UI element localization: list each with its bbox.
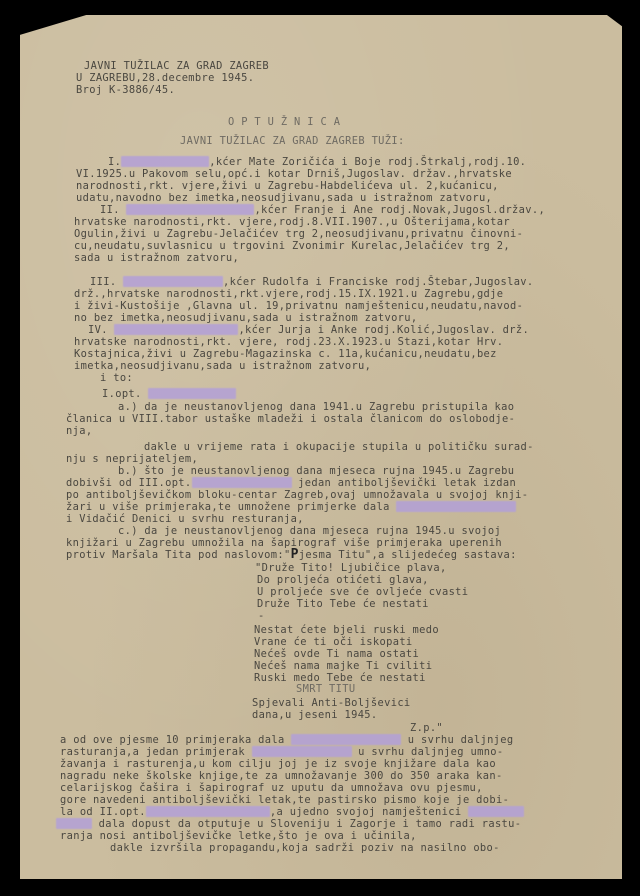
- redacted-name: [126, 204, 254, 215]
- accused-3-line: no bez imetka,neosudjivanu,sada u istraž…: [74, 312, 418, 325]
- accused-4-line: Kostajnica,živi u Zagrebu-Magazinska c. …: [74, 348, 497, 361]
- redacted-name: [123, 276, 223, 287]
- redacted-name: [252, 746, 352, 757]
- poem-line: Nećeš ovde Ti nama ostati: [254, 648, 419, 661]
- poem-line: Vrane će ti oči iskopati: [254, 636, 413, 649]
- accused-3-first-line: III. ,kćer Rudolfa i Franciske rodj.Šteb…: [90, 276, 534, 289]
- first-accused-label: I.opt.: [102, 388, 236, 401]
- accused-2-line: Ogulin,živi u Zagrebu-Jelačićev trg 2,ne…: [74, 228, 523, 241]
- redacted-name: [192, 477, 292, 488]
- poem-line: Nećeš nama majke Ti cviliti: [254, 660, 432, 673]
- redacted-name: [114, 324, 238, 335]
- continuation-line: celarijskog čašira i šapirograf uz uputu…: [60, 782, 483, 795]
- charge-a-line: nja,: [66, 425, 92, 438]
- charge-a-line: a.) da je neustanovljenog dana 1941.u Za…: [118, 401, 514, 414]
- charge-c-line: protiv Maršala Tita pod naslovom:"Pjesma…: [66, 549, 517, 562]
- charge-b-line: b.) što je neustanovljenog dana mjeseca …: [118, 465, 514, 478]
- accused-2-line: cu,neudatu,suvlasnicu u trgovini Zvonimi…: [74, 240, 510, 253]
- continuation-line: žavanja i rasturenja,u kom cilju joj je …: [60, 758, 496, 771]
- accused-1-first-line: I.,kćer Mate Zoričića i Boje rodj.Štrkal…: [108, 156, 526, 169]
- accused-4-first-line: IV. ,kćer Jurja i Anke rodj.Kolić,Jugosl…: [88, 324, 529, 337]
- redacted-name: [291, 734, 401, 745]
- accused-1-line: udatu,navodno bez imetka,neosudjivanu,sa…: [76, 192, 492, 205]
- accused-2-line: hrvatske narodnosti,rkt. vjere,rodj.8.VI…: [74, 216, 510, 229]
- accused-1-numeral: I.: [108, 156, 121, 168]
- continuation-line: rasturanja,a jedan primjerak u svrhu dal…: [60, 746, 504, 759]
- accused-3-line: drž.,hrvatske narodnosti,rkt.vjere,rodj.…: [74, 288, 503, 301]
- accused-3-numeral: III.: [90, 276, 116, 288]
- poem-line: U proljeće sve će ovljeće cvasti: [257, 586, 468, 599]
- continuation-line: ranja nosi antiboljševičke letke,što je …: [60, 830, 417, 843]
- charge-a-conclusion: nju s neprijateljem,: [66, 453, 198, 466]
- poem-separator: -: [258, 610, 265, 623]
- redacted-name: [121, 156, 209, 167]
- poem-line: Nestat ćete bjeli ruski medo: [254, 624, 439, 637]
- accused-1-line: VI.1925.u Pakovom selu,opć.i kotar Drniš…: [76, 168, 512, 181]
- accused-1-line: narodnosti,rkt. vjere,živi u Zagrebu-Hab…: [76, 180, 499, 193]
- redacted-name: [56, 818, 92, 829]
- handwritten-mark: P: [291, 547, 299, 562]
- charge-b-line: žari u više primjeraka,te umnožene primj…: [66, 501, 516, 514]
- poem-dedication: SMRT TITU: [296, 683, 355, 696]
- redacted-name: [148, 388, 236, 399]
- place-date: U ZAGREBU,28.decembre 1945.: [76, 72, 254, 85]
- continuation-line: a od ove pjesme 10 primjeraka dala u svr…: [60, 734, 514, 747]
- continuation-line: dakle izvršila propagandu,koja sadrži po…: [110, 842, 500, 855]
- accused-2-first-line: II. ,kćer Franje i Ane rodj.Novak,Jugosl…: [100, 204, 545, 217]
- document-number: Broj K-3886/45.: [76, 84, 175, 97]
- accused-3-line: i živi-Kustošije ,Glavna ul. 19,privatnu…: [74, 300, 523, 313]
- charge-a-conclusion: dakle u vrijeme rata i okupacije stupila…: [144, 441, 534, 454]
- continuation-line: dala dopust da otputuje u Sloveniju i Za…: [56, 818, 521, 831]
- accused-4-line: hrvatske narodnosti,rkt. vjere, rodj.23.…: [74, 336, 503, 349]
- charge-c-line: knjižari u Zagrebu umnožila na šapirogra…: [66, 537, 502, 550]
- poem-signature: Spjevali Anti-Boljševici: [252, 697, 411, 710]
- poem-line: "Druže Tito! Ljubičice plava,: [255, 562, 447, 575]
- redacted-name: [396, 501, 516, 512]
- charge-b-line: i Vidačić Denici u svrhu resturanja,: [66, 513, 304, 526]
- office-header: JAVNI TUŽILAC ZA GRAD ZAGREB: [84, 60, 269, 73]
- continuation-line: la od II.opt.,a ujedno svojoj namješteni…: [60, 806, 524, 819]
- poem-signature: dana,u jeseni 1945.: [252, 709, 378, 722]
- poem-line: Do proljeća otićeti glava,: [257, 574, 429, 587]
- continuation-line: nagradu neke školske knjige,te za umnoža…: [60, 770, 503, 783]
- continuation-line: gore navedeni antiboljševički letak,te p…: [60, 794, 509, 807]
- poem-line: Druže Tito Tebe će nestati: [257, 598, 429, 611]
- poem-closing: Z.p.": [410, 722, 443, 735]
- charge-a-line: članica u VIII.tabor ustaške mladeži i o…: [66, 413, 515, 426]
- accused-2-numeral: II.: [100, 204, 120, 216]
- accused-2-line: sada u istražnom zatvoru,: [74, 252, 239, 265]
- redacted-name: [146, 806, 270, 817]
- document-title: O P T U Ž N I C A: [228, 116, 340, 129]
- accused-4-numeral: IV.: [88, 324, 108, 336]
- accused-4-line: imetka,neosudjivanu,sada u istražnom zat…: [74, 360, 371, 373]
- document-subtitle: JAVNI TUŽILAC ZA GRAD ZAGREB TUŽI:: [180, 135, 405, 148]
- charge-b-line: dobivši od III.opt. jedan antiboljševičk…: [66, 477, 516, 490]
- charges-intro: i to:: [100, 372, 133, 385]
- charge-b-line: po antiboljševičkom bloku-centar Zagreb,…: [66, 489, 528, 502]
- charge-c-line: c.) da je neustanovljenog dana mjeseca r…: [118, 525, 501, 538]
- redacted-name: [468, 806, 524, 817]
